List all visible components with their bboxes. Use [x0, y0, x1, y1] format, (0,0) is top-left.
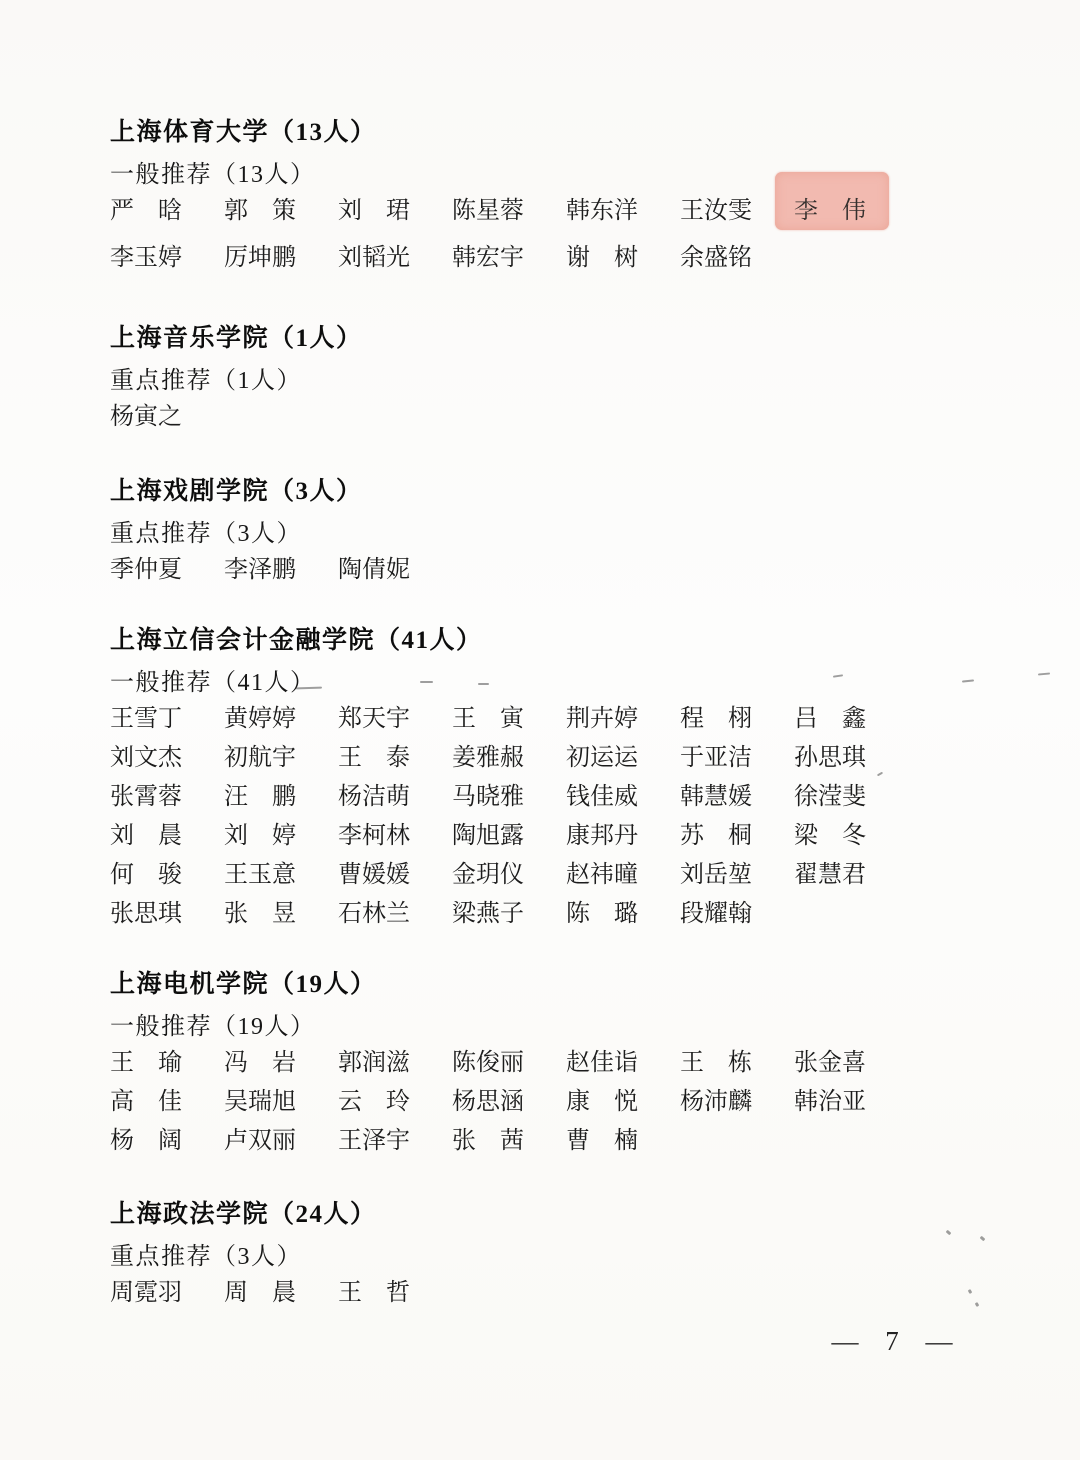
- section-title: 上海政法学院（24人）: [110, 1200, 1050, 1230]
- person-name: 张霄蓉: [110, 784, 186, 810]
- person-name: 李泽鹏: [224, 557, 300, 583]
- name-rows: 杨寅之: [110, 404, 1050, 430]
- person-name: 梁 冬: [794, 823, 870, 849]
- recommendation-type-label: 一般推荐（13人）: [110, 160, 1050, 190]
- section-title: 上海体育大学（13人）: [110, 118, 1050, 148]
- person-name: 张思琪: [110, 901, 186, 927]
- name-row: 刘 晨刘 婷李柯林陶旭露康邦丹苏 桐梁 冬: [110, 823, 1050, 849]
- person-name: 陶旭露: [452, 823, 528, 849]
- person-name: 于亚洁: [680, 745, 756, 771]
- person-name: 吕 鑫: [794, 706, 870, 732]
- university-section: 上海戏剧学院（3人）重点推荐（3人）季仲夏李泽鹏陶倩妮: [110, 477, 1050, 583]
- person-name: 王 泰: [338, 745, 414, 771]
- person-name: 韩东洋: [566, 198, 642, 224]
- person-name: 初航宇: [224, 745, 300, 771]
- person-name: 张 茜: [452, 1128, 528, 1154]
- name-row: 杨寅之: [110, 404, 1050, 430]
- person-name: 姜雅赧: [452, 745, 528, 771]
- person-name: 陈 璐: [566, 901, 642, 927]
- person-name: 李柯林: [338, 823, 414, 849]
- person-name: 康 悦: [566, 1089, 642, 1115]
- recommendation-type-label: 重点推荐（3人）: [110, 1242, 1050, 1272]
- person-name: 郭 策: [224, 198, 300, 224]
- name-row: 何 骏王玉意曹媛媛金玥仪赵祎曈刘岳堃翟慧君: [110, 862, 1050, 888]
- person-name: 赵佳诣: [566, 1050, 642, 1076]
- person-name: 云 玲: [338, 1089, 414, 1115]
- person-name: 苏 桐: [680, 823, 756, 849]
- name-row: 张思琪张 昱石林兰梁燕子陈 璐段耀翰: [110, 901, 1050, 927]
- scan-artifact: [478, 683, 489, 685]
- person-name: 曹媛媛: [338, 862, 414, 888]
- person-name: 金玥仪: [452, 862, 528, 888]
- person-name: 吴瑞旭: [224, 1089, 300, 1115]
- name-row: 王雪丁黄婷婷郑天宇王 寅荆卉婷程 栩吕 鑫: [110, 706, 1050, 732]
- person-name: 周霓羽: [110, 1280, 186, 1306]
- person-name: 杨思涵: [452, 1089, 528, 1115]
- person-name: 杨寅之: [110, 404, 186, 430]
- name-rows: 周霓羽周 晨王 哲: [110, 1280, 1050, 1306]
- person-name: 张 昱: [224, 901, 300, 927]
- name-row: 高 佳吴瑞旭云 玲杨思涵康 悦杨沛麟韩治亚: [110, 1089, 1050, 1115]
- section-title: 上海音乐学院（1人）: [110, 324, 1050, 354]
- person-name: 谢 树: [566, 245, 642, 271]
- person-name: 季仲夏: [110, 557, 186, 583]
- university-section: 上海政法学院（24人）重点推荐（3人）周霓羽周 晨王 哲: [110, 1200, 1050, 1306]
- person-name: 陈星蓉: [452, 198, 528, 224]
- scanned-document-page: 上海体育大学（13人）一般推荐（13人）严 晗郭 策刘 珺陈星蓉韩东洋王汝雯李 …: [0, 0, 1080, 1460]
- person-name: 曹 楠: [566, 1128, 642, 1154]
- name-row: 李玉婷厉坤鹏刘韬光韩宏宇谢 树余盛铭: [110, 245, 1050, 271]
- person-name: 段耀翰: [680, 901, 756, 927]
- name-rows: 王雪丁黄婷婷郑天宇王 寅荆卉婷程 栩吕 鑫刘文杰初航宇王 泰姜雅赧初运运于亚洁孙…: [110, 706, 1050, 927]
- person-name: 王 哲: [338, 1280, 414, 1306]
- name-rows: 王 瑜冯 岩郭润滋陈俊丽赵佳诣王 栋张金喜高 佳吴瑞旭云 玲杨思涵康 悦杨沛麟韩…: [110, 1050, 1050, 1154]
- person-name: 杨 阔: [110, 1128, 186, 1154]
- person-name: 余盛铭: [680, 245, 756, 271]
- person-name: 何 骏: [110, 862, 186, 888]
- university-section: 上海体育大学（13人）一般推荐（13人）严 晗郭 策刘 珺陈星蓉韩东洋王汝雯李 …: [110, 118, 1050, 292]
- person-name: 王玉意: [224, 862, 300, 888]
- person-name: 刘岳堃: [680, 862, 756, 888]
- person-name: 黄婷婷: [224, 706, 300, 732]
- person-name: 陈俊丽: [452, 1050, 528, 1076]
- section-title: 上海电机学院（19人）: [110, 970, 1050, 1000]
- person-name: 王汝雯: [680, 198, 756, 224]
- person-name: 康邦丹: [566, 823, 642, 849]
- person-name: 钱佳威: [566, 784, 642, 810]
- person-name: 韩治亚: [794, 1089, 870, 1115]
- person-name: 刘 珺: [338, 198, 414, 224]
- recommendation-type-label: 重点推荐（1人）: [110, 366, 1050, 396]
- recommendation-type-label: 一般推荐（41人）: [110, 668, 1050, 698]
- section-title: 上海戏剧学院（3人）: [110, 477, 1050, 507]
- person-name: 张金喜: [794, 1050, 870, 1076]
- person-name: 马晓雅: [452, 784, 528, 810]
- person-name: 王 栋: [680, 1050, 756, 1076]
- person-name: 初运运: [566, 745, 642, 771]
- person-name: 严 晗: [110, 198, 186, 224]
- section-title: 上海立信会计金融学院（41人）: [110, 626, 1050, 656]
- person-name: 卢双丽: [224, 1128, 300, 1154]
- name-rows: 严 晗郭 策刘 珺陈星蓉韩东洋王汝雯李 伟李玉婷厉坤鹏刘韬光韩宏宇谢 树余盛铭: [110, 198, 1050, 271]
- person-name: 孙思琪: [794, 745, 870, 771]
- recommendation-type-label: 重点推荐（3人）: [110, 519, 1050, 549]
- person-name: 徐滢斐: [794, 784, 870, 810]
- name-row: 王 瑜冯 岩郭润滋陈俊丽赵佳诣王 栋张金喜: [110, 1050, 1050, 1076]
- name-row: 杨 阔卢双丽王泽宇张 茜曹 楠: [110, 1128, 1050, 1154]
- name-row: 严 晗郭 策刘 珺陈星蓉韩东洋王汝雯李 伟: [110, 198, 1050, 224]
- person-name: 李玉婷: [110, 245, 186, 271]
- name-row: 张霄蓉汪 鹏杨洁萌马晓雅钱佳威韩慧媛徐滢斐: [110, 784, 1050, 810]
- person-name: 王雪丁: [110, 706, 186, 732]
- person-name: 赵祎曈: [566, 862, 642, 888]
- university-section: 上海音乐学院（1人）重点推荐（1人）杨寅之: [110, 324, 1050, 430]
- person-name: 韩慧媛: [680, 784, 756, 810]
- person-name: 王 瑜: [110, 1050, 186, 1076]
- page-number: — 7 —: [818, 1326, 968, 1357]
- person-name: 周 晨: [224, 1280, 300, 1306]
- person-name: 王泽宇: [338, 1128, 414, 1154]
- recommendation-type-label: 一般推荐（19人）: [110, 1012, 1050, 1042]
- person-name: 程 栩: [680, 706, 756, 732]
- name-row: 周霓羽周 晨王 哲: [110, 1280, 1050, 1306]
- university-section: 上海电机学院（19人）一般推荐（19人）王 瑜冯 岩郭润滋陈俊丽赵佳诣王 栋张金…: [110, 970, 1050, 1167]
- person-name: 刘文杰: [110, 745, 186, 771]
- highlighted-person-name: 李 伟: [794, 198, 870, 224]
- scan-artifact: [420, 681, 433, 683]
- name-row: 刘文杰初航宇王 泰姜雅赧初运运于亚洁孙思琪: [110, 745, 1050, 771]
- person-name: 杨沛麟: [680, 1089, 756, 1115]
- person-name: 郭润滋: [338, 1050, 414, 1076]
- person-name: 荆卉婷: [566, 706, 642, 732]
- university-section: 上海立信会计金融学院（41人）一般推荐（41人）王雪丁黄婷婷郑天宇王 寅荆卉婷程…: [110, 626, 1050, 940]
- person-name: 王 寅: [452, 706, 528, 732]
- name-row: 季仲夏李泽鹏陶倩妮: [110, 557, 1050, 583]
- person-name: 刘韬光: [338, 245, 414, 271]
- person-name: 刘 婷: [224, 823, 300, 849]
- person-name: 厉坤鹏: [224, 245, 300, 271]
- person-name: 冯 岩: [224, 1050, 300, 1076]
- person-name: 刘 晨: [110, 823, 186, 849]
- person-name: 石林兰: [338, 901, 414, 927]
- person-name: 翟慧君: [794, 862, 870, 888]
- person-name: 郑天宇: [338, 706, 414, 732]
- name-rows: 季仲夏李泽鹏陶倩妮: [110, 557, 1050, 583]
- person-name: 陶倩妮: [338, 557, 414, 583]
- person-name: 梁燕子: [452, 901, 528, 927]
- person-name: 韩宏宇: [452, 245, 528, 271]
- person-name: 汪 鹏: [224, 784, 300, 810]
- person-name: 杨洁萌: [338, 784, 414, 810]
- person-name: 高 佳: [110, 1089, 186, 1115]
